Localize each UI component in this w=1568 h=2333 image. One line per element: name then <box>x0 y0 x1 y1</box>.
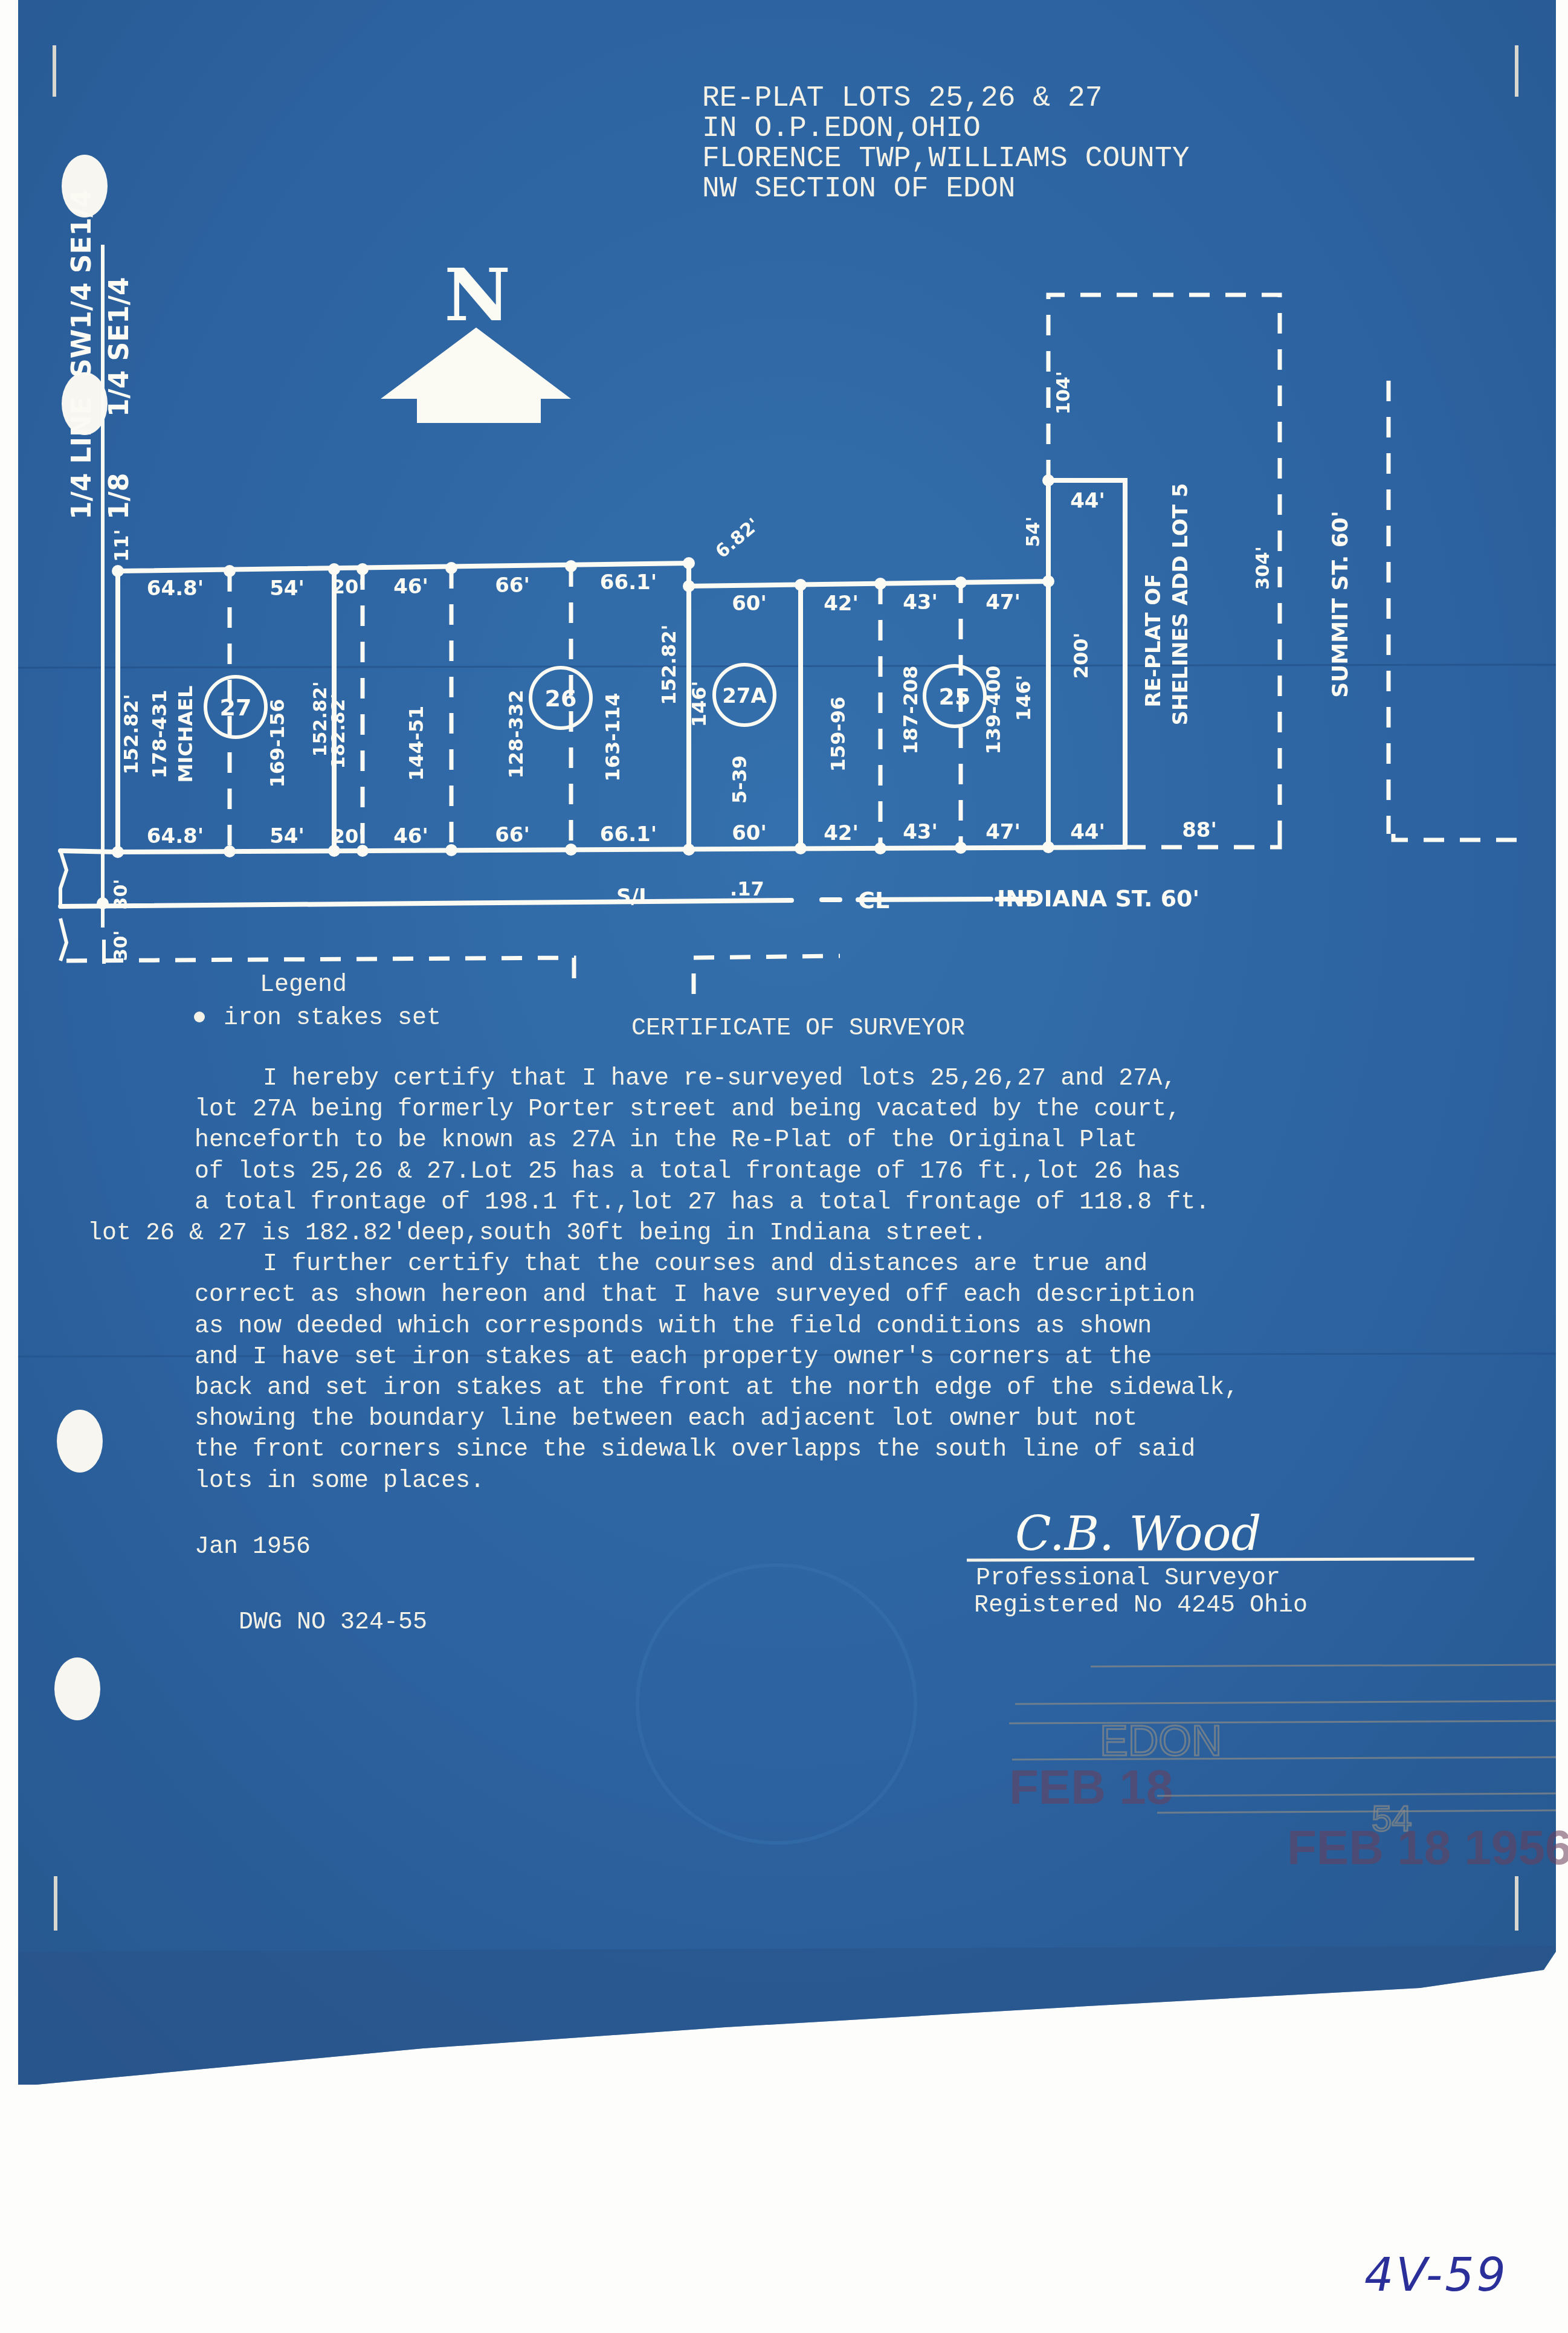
svg-text:182.82': 182.82' <box>328 694 349 769</box>
replat-label-b: SHELINES ADD LOT 5 <box>1169 483 1193 725</box>
certificate-line: as now deeded which corresponds with the… <box>195 1313 1152 1340</box>
svg-text:43': 43' <box>903 590 938 615</box>
svg-text:66.1': 66.1' <box>600 570 657 595</box>
svg-text:178-431: 178-431 <box>148 690 171 779</box>
svg-text:54': 54' <box>269 824 305 848</box>
sidewalk-line-label: S/L <box>616 885 652 909</box>
svg-text:46': 46' <box>393 575 428 599</box>
certificate-line: lots in some places. <box>195 1468 485 1495</box>
summit-street-label: SUMMIT ST. 60' <box>1328 511 1353 698</box>
svg-text:152.82': 152.82' <box>120 694 143 774</box>
svg-text:5-39: 5-39 <box>728 755 751 804</box>
blueprint-plat: RE-PLAT LOTS 25,26 & 27 IN O.P.EDON,OHIO… <box>0 0 1568 2333</box>
svg-text:27: 27 <box>220 694 252 721</box>
section-label-a: 1/4 LINE <box>66 396 97 520</box>
title-line-1: RE-PLAT LOTS 25,26 & 27 <box>702 82 1103 115</box>
surveyor-registration: Registered No 4245 Ohio <box>974 1592 1308 1619</box>
stamp-town: EDON <box>1100 1717 1222 1764</box>
svg-text:66': 66' <box>495 823 530 847</box>
svg-text:54': 54' <box>1023 517 1044 547</box>
svg-text:139-400: 139-400 <box>982 666 1005 755</box>
svg-text:44': 44' <box>1070 489 1105 513</box>
svg-text:20': 20' <box>332 575 364 598</box>
title-line-2: IN O.P.EDON,OHIO <box>702 112 981 145</box>
archive-mark: 4V-59 <box>1364 2248 1508 2302</box>
section-label-c: 1/8 <box>104 473 135 520</box>
iron-stake-legend-icon <box>194 1012 205 1022</box>
surveyor-title: Professional Surveyor <box>976 1565 1280 1592</box>
legend-title: Legend <box>260 972 347 999</box>
svg-text:152.82': 152.82' <box>657 624 680 705</box>
drawing-number: DWG NO 324-55 <box>239 1609 427 1636</box>
certificate-line: back and set iron stakes at the front at… <box>195 1375 1239 1402</box>
certificate-line: a total frontage of 198.1 ft.,lot 27 has… <box>195 1189 1210 1216</box>
stamp-date-b: FEB 18 1956 <box>1287 1821 1568 1874</box>
stamp-date-a: FEB 18 <box>1009 1760 1173 1814</box>
svg-text:27A: 27A <box>722 684 767 708</box>
certificate-line: lot 27A being formerly Porter street and… <box>195 1096 1181 1123</box>
svg-text:26: 26 <box>545 685 577 712</box>
svg-text:25: 25 <box>939 683 971 710</box>
svg-text:66.1': 66.1' <box>600 822 657 847</box>
svg-text:104': 104' <box>1053 371 1074 415</box>
svg-text:163-114: 163-114 <box>601 693 624 782</box>
certificate-line: of lots 25,26 & 27.Lot 25 has a total fr… <box>195 1158 1181 1186</box>
svg-text:46': 46' <box>393 824 428 848</box>
surveyor-signature: C.B. Wood <box>1015 1507 1261 1561</box>
indiana-street-name: INDIANA ST. 60' <box>997 885 1199 912</box>
svg-text:187-208: 187-208 <box>899 666 922 755</box>
svg-text:128-332: 128-332 <box>505 690 528 779</box>
replat-label-a: RE-PLAT OF <box>1141 574 1166 708</box>
svg-text:30': 30' <box>111 879 132 910</box>
svg-text:64.8': 64.8' <box>147 824 204 848</box>
svg-text:60': 60' <box>732 592 767 616</box>
svg-text:66': 66' <box>495 573 530 598</box>
certificate-line: the front corners since the sidewalk ove… <box>195 1436 1195 1463</box>
legend-item: iron stakes set <box>224 1005 441 1032</box>
certificate-line: I hereby certify that I have re-surveyed… <box>263 1065 1176 1092</box>
svg-text:MICHAEL: MICHAEL <box>174 685 197 783</box>
blueprint-dark-band <box>18 1946 1556 2085</box>
north-label: N <box>444 253 511 338</box>
certificate-line: and I have set iron stakes at each prope… <box>195 1344 1152 1371</box>
svg-text:200': 200' <box>1070 633 1092 679</box>
svg-text:20': 20' <box>332 825 364 848</box>
svg-text:146': 146' <box>688 681 711 728</box>
svg-text:144-51: 144-51 <box>405 706 428 781</box>
svg-text:88': 88' <box>1182 818 1217 842</box>
svg-text:146': 146' <box>1012 675 1035 721</box>
section-label-b: SW1/4 SE1/4 <box>66 189 97 378</box>
svg-text:169-156: 169-156 <box>266 699 289 788</box>
svg-text:43': 43' <box>903 820 938 844</box>
title-line-3: FLORENCE TWP,WILLIAMS COUNTY <box>702 143 1190 175</box>
binder-hole <box>57 1410 103 1473</box>
svg-text:159-96: 159-96 <box>827 697 850 772</box>
section-label-d: 1/4 SE1/4 <box>104 277 135 417</box>
svg-text:47': 47' <box>986 590 1021 615</box>
certificate-line: lot 26 & 27 is 182.82'deep,south 30ft be… <box>88 1220 987 1247</box>
title-line-4: NW SECTION OF EDON <box>702 173 1015 205</box>
svg-text:54': 54' <box>269 576 305 601</box>
offset-top-label: 11' <box>110 529 133 562</box>
certificate-heading: CERTIFICATE OF SURVEYOR <box>631 1015 965 1042</box>
svg-text:42': 42' <box>824 821 859 845</box>
blueprint-paper <box>18 0 1556 2085</box>
certificate-date: Jan 1956 <box>195 1534 311 1561</box>
binder-hole <box>54 1657 100 1720</box>
svg-text:42': 42' <box>824 592 859 616</box>
certificate-line: I further certify that the courses and d… <box>263 1251 1147 1278</box>
svg-text:30': 30' <box>111 931 132 961</box>
certificate-line: showing the boundary line between each a… <box>195 1405 1137 1433</box>
centerline-symbol: CL <box>858 887 889 914</box>
svg-text:304': 304' <box>1253 546 1274 590</box>
svg-text:64.8': 64.8' <box>147 576 204 601</box>
svg-text:60': 60' <box>732 821 767 845</box>
svg-text:47': 47' <box>986 820 1021 844</box>
certificate-line: correct as shown hereon and that I have … <box>195 1282 1195 1309</box>
svg-text:44': 44' <box>1070 820 1105 844</box>
svg-text:.17: .17 <box>730 877 764 900</box>
certificate-line: henceforth to be known as 27A in the Re-… <box>195 1127 1137 1154</box>
